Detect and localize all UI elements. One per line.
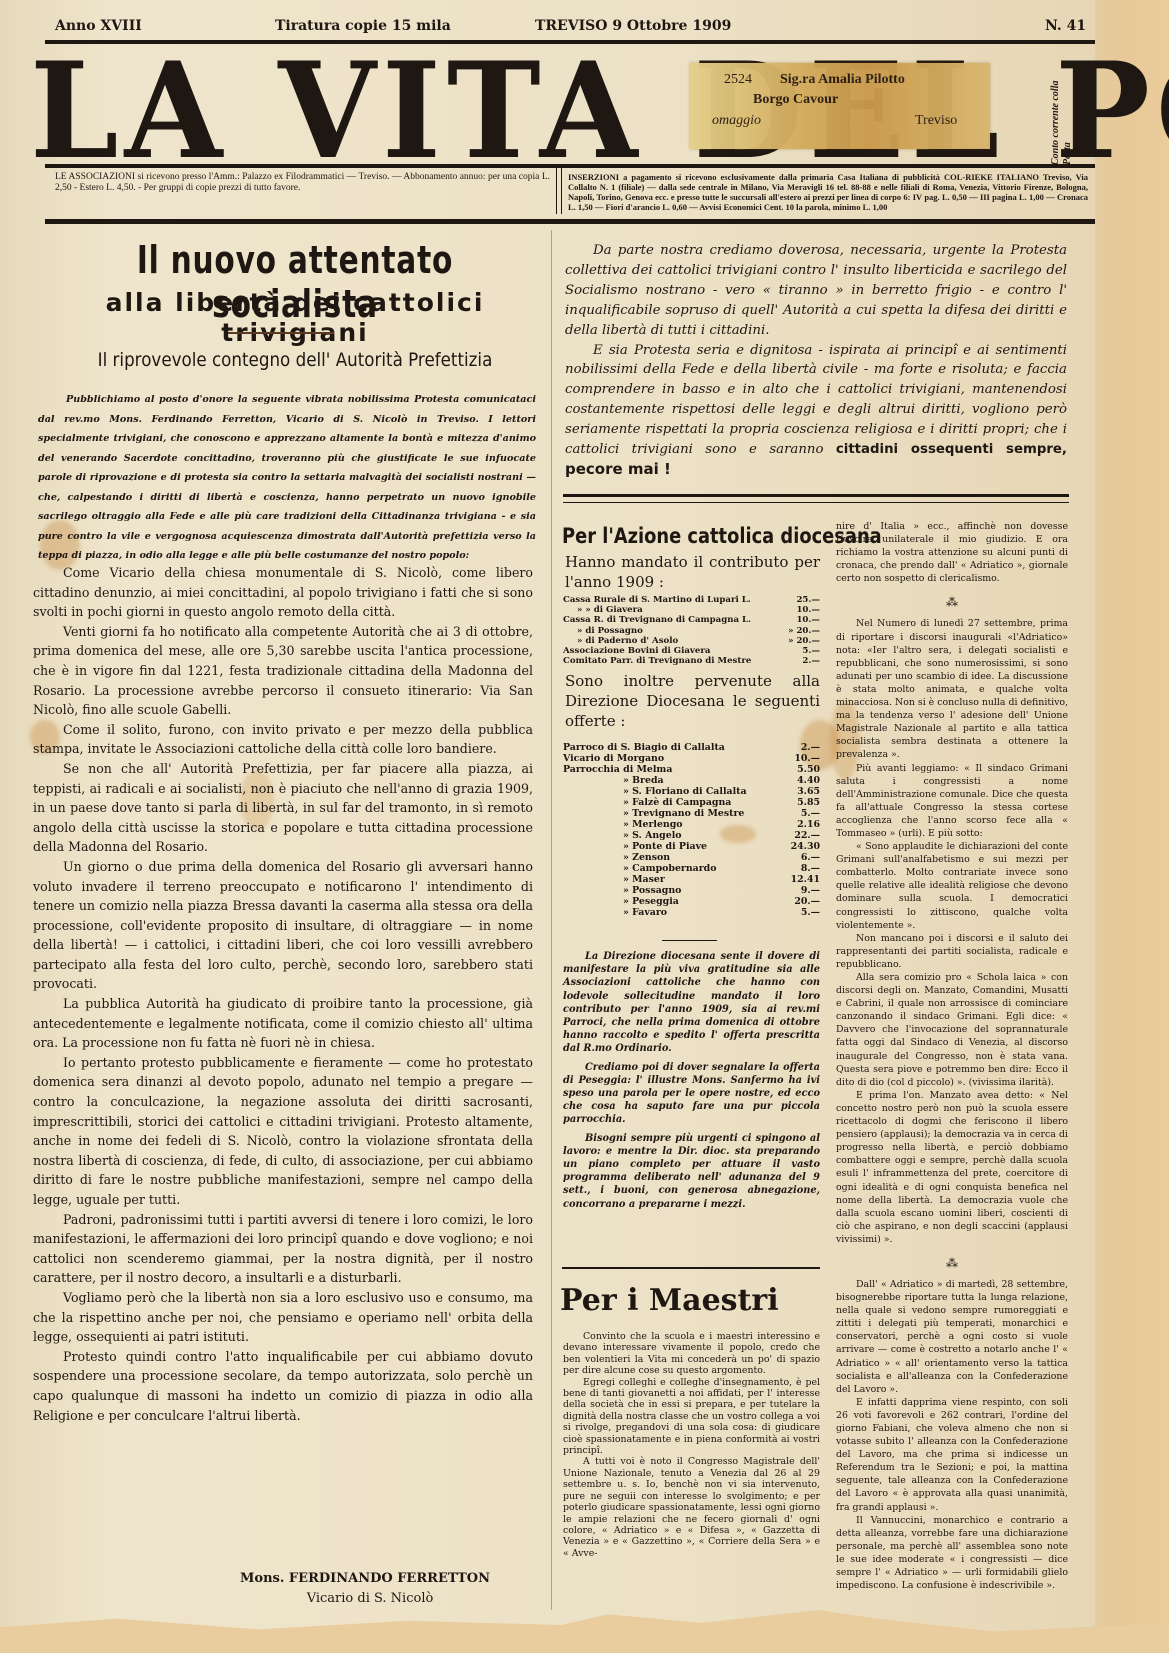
donation-amount: 2.— [802, 656, 820, 666]
donor-name: » S. Angelo [563, 830, 682, 841]
paragraph: Io pertanto protesto pubblicamente e fie… [33, 1053, 533, 1210]
donor-name: » Possagno [563, 885, 681, 896]
donation-amount: 2.— [801, 742, 820, 753]
paragraph: Come Vicario della chiesa monumentale di… [33, 563, 533, 622]
year-label: Anno XVIII [55, 18, 142, 34]
chronicle-paragraph: « Sono applaudite le dichiarazioni del c… [836, 840, 1068, 932]
place-date: TREVISO 9 Ottobre 1909 [535, 18, 731, 34]
donor-name: » Zenson [563, 852, 670, 863]
list-rule [662, 940, 717, 941]
donation-row: » Possagno9.— [563, 885, 820, 896]
donation-amount: 20.— [794, 896, 820, 907]
donation-amount: 10.— [796, 615, 820, 625]
editorial: Da parte nostra crediamo doverosa, neces… [565, 241, 1067, 481]
address-label: 2524 Sig.ra Amalia Pilotto Borgo Cavour … [690, 63, 990, 149]
donation-amount: 9.— [801, 885, 820, 896]
closing-plain: cittadini ossequenti sempre, [836, 442, 1067, 457]
editorial-paragraph: E sia Protesta seria e dignitosa - ispir… [565, 341, 1067, 481]
info-divider [556, 168, 562, 214]
donation-amount: 3.65 [797, 786, 820, 797]
donation-row: Comitato Parr. di Trevignano di Mestre2.… [563, 656, 820, 666]
donor-name: Cassa Rurale di S. Martino di Lupari L. [563, 595, 751, 605]
label-note: omaggio [712, 113, 761, 129]
chronicle-paragraph: Più avanti leggiamo: « Il sindaco Griman… [836, 762, 1068, 841]
postal-note: Conto corrente colla Posta [1050, 70, 1090, 165]
donation-amount: 24.30 [791, 841, 820, 852]
donation-amount: 5.50 [797, 764, 820, 775]
donation-amount: 10.— [794, 753, 820, 764]
maestri-paragraph: A tutti voi è noto il Congresso Magistra… [563, 1456, 820, 1559]
donation-row: » Maser12.41 [563, 874, 820, 885]
chronicle-paragraph: E prima l'on. Manzato avea detto: « Nel … [836, 1089, 1068, 1246]
paragraph: Vogliamo però che la libertà non sia a l… [33, 1288, 533, 1347]
paragraph: Padroni, padronissimi tutti i partiti av… [33, 1210, 533, 1288]
donation-row: Associazione Bovini di Giavera5.— [563, 646, 820, 656]
donor-name: » Maser [563, 874, 665, 885]
donation-row: » Peseggia20.— [563, 896, 820, 907]
section-rule [563, 494, 1069, 503]
note-paragraph: Bisogni sempre più urgenti ci spingono a… [563, 1132, 820, 1211]
donation-row: » Campobernardo8.— [563, 863, 820, 874]
label-city: Treviso [915, 113, 957, 129]
note-paragraph: Crediamo poi di dover segnalare la offer… [563, 1061, 820, 1127]
issue-number: N. 41 [1045, 18, 1086, 34]
donation-amount: 22.— [794, 830, 820, 841]
masthead-rule-mid [45, 164, 1095, 168]
donation-row: » di Paderno d' Asolo» 20.— [563, 636, 820, 646]
azione-lead-offerings: Sono inoltre pervenute alla Direzione Di… [565, 671, 820, 731]
maestri-paragraph: Convinto che la scuola e i maestri inter… [563, 1331, 820, 1377]
editorial-paragraph: Da parte nostra crediamo doverosa, neces… [565, 241, 1067, 341]
donor-name: Comitato Parr. di Trevignano di Mestre [563, 656, 751, 666]
asterism-divider: ⁂ [836, 593, 1068, 611]
donor-name: » Ponte di Piave [563, 841, 707, 852]
donation-row: » Favaro5.— [563, 907, 820, 918]
donor-name: » Trevignano di Mestre [563, 808, 744, 819]
donor-name: » di Paderno d' Asolo [563, 636, 678, 646]
donation-row: » Zenson6.— [563, 852, 820, 863]
column-divider [551, 230, 552, 1610]
donation-amount: 12.41 [791, 874, 820, 885]
donation-amount: 6.— [801, 852, 820, 863]
contributions-list: Cassa Rurale di S. Martino di Lupari L.2… [563, 595, 820, 666]
offerings-list: Parroco di S. Biagio di Callalta2.—Vicar… [563, 742, 820, 918]
donor-name: Parroco di S. Biagio di Callalta [563, 742, 725, 753]
section-heading: Il riprovevole contegno dell' Autorità P… [66, 348, 524, 372]
donation-row: » Breda4.40 [563, 775, 820, 786]
azione-notes: La Direzione diocesana sente il dovere d… [563, 950, 820, 1216]
donor-name: » Peseggia [563, 896, 679, 907]
circulation: Tiratura copie 15 mila [275, 18, 451, 34]
paragraph: La pubblica Autorità ha giudicato di pro… [33, 994, 533, 1053]
donation-amount: 10.— [796, 605, 820, 615]
label-street: Borgo Cavour [753, 92, 838, 108]
signature-role: Vicario di S. Nicolò [270, 1591, 470, 1606]
article-intro: Pubblichiamo al posto d'onore la seguent… [38, 390, 536, 566]
asterism-divider: ⁂ [836, 1254, 1068, 1272]
paragraph: Venti giorni fa ho notificato alla compe… [33, 622, 533, 720]
donation-row: » S. Floriano di Callalta3.65 [563, 786, 820, 797]
donor-name: » Falzè di Campagna [563, 797, 731, 808]
chronicle-paragraph: nire d' Italia » ecc., affinchè non dove… [836, 520, 1068, 585]
chronicle-paragraph: E infatti dapprima viene respinto, con s… [836, 1396, 1068, 1514]
donation-row: Parrocchia di Melma5.50 [563, 764, 820, 775]
maestri-rule [562, 1267, 820, 1269]
closing-bold: pecore mai ! [565, 460, 671, 478]
chronicle-paragraph: Il Vannuccini, monarchico e contrario a … [836, 1514, 1068, 1593]
article-body: Come Vicario della chiesa monumentale di… [33, 563, 533, 1425]
donor-name: » » di Giavera [563, 605, 643, 615]
donation-row: » di Possagno» 20.— [563, 626, 820, 636]
donor-name: Vicario di Morgano [563, 753, 664, 764]
azione-lead: Hanno mandato il contributo per l'anno 1… [565, 552, 820, 592]
maestri-paragraph: Egregi colleghi e colleghe d'insegnament… [563, 1377, 820, 1457]
donor-name: » di Possagno [563, 626, 643, 636]
editorial-text: E sia Protesta seria e dignitosa - ispir… [565, 343, 1067, 458]
chronicle-paragraph: Nel Numero di lunedì 27 settembre, prima… [836, 617, 1068, 761]
donation-amount: 5.— [801, 907, 820, 918]
maestri-article: Convinto che la scuola e i maestri inter… [563, 1331, 820, 1559]
donation-amount: 5.— [802, 646, 820, 656]
chronicle-paragraph: Non mancano poi i discorsi e il saluto d… [836, 932, 1068, 971]
donor-name: » Merlengo [563, 819, 683, 830]
donation-amount: 2.16 [797, 819, 820, 830]
note-paragraph: La Direzione diocesana sente il dovere d… [563, 950, 820, 1056]
paragraph: Se non che all' Autorità Prefettizia, pe… [33, 759, 533, 857]
paper-edge [1095, 0, 1169, 1653]
donation-amount: 8.— [801, 863, 820, 874]
paragraph: Come il solito, furono, con invito priva… [33, 720, 533, 759]
donor-name: Associazione Bovini di Giavera [563, 646, 710, 656]
label-code: 2524 [724, 72, 752, 88]
donation-amount: 4.40 [797, 775, 820, 786]
advertising-info: INSERZIONI a pagamento si ricevono esclu… [568, 172, 1088, 212]
maestri-title: Per i Maestri [560, 1283, 820, 1319]
masthead-rule-bottom [45, 219, 1095, 224]
donor-name: Cassa R. di Trevignano di Campagna L. [563, 615, 751, 625]
donation-row: » Ponte di Piave24.30 [563, 841, 820, 852]
azione-title: Per l'Azione cattolica diocesana [562, 522, 800, 550]
chronicle-column: nire d' Italia » ecc., affinchè non dove… [836, 520, 1068, 1592]
paragraph: Un giorno o due prima della domenica del… [33, 857, 533, 994]
chronicle-paragraph: Alla sera comizio pro « Schola laica » c… [836, 971, 1068, 1089]
donor-name: » Favaro [563, 907, 667, 918]
donor-name: Parrocchia di Melma [563, 764, 672, 775]
donation-amount: 25.— [796, 595, 820, 605]
signature: Mons. FERDINANDO FERRETTON [215, 1571, 515, 1586]
donation-row: » Merlengo2.16 [563, 819, 820, 830]
donation-row: » Trevignano di Mestre5.— [563, 808, 820, 819]
donation-row: Vicario di Morgano10.— [563, 753, 820, 764]
donation-row: » S. Angelo22.— [563, 830, 820, 841]
label-recipient: Sig.ra Amalia Pilotto [780, 72, 905, 88]
donation-amount: 5.— [801, 808, 820, 819]
donation-row: » Falzè di Campagna5.85 [563, 797, 820, 808]
donation-row: Cassa R. di Trevignano di Campagna L.10.… [563, 615, 820, 625]
donation-row: Cassa Rurale di S. Martino di Lupari L.2… [563, 595, 820, 605]
paragraph: Protesto quindi contro l'atto inqualific… [33, 1347, 533, 1425]
donor-name: » Breda [563, 775, 664, 786]
donor-name: » S. Floriano di Callalta [563, 786, 747, 797]
donation-row: Parroco di S. Biagio di Callalta2.— [563, 742, 820, 753]
chronicle-paragraph: Dall' « Adriatico » di martedì, 28 sette… [836, 1278, 1068, 1396]
donation-amount: » 20.— [788, 636, 820, 646]
subscription-info: LE ASSOCIAZIONI si ricevono presso l'Amm… [55, 172, 550, 194]
donation-amount: 5.85 [797, 797, 820, 808]
donation-row: » » di Giavera10.— [563, 605, 820, 615]
donor-name: » Campobernardo [563, 863, 717, 874]
main-subheadline: alla libertà dei cattolici trivigiani [35, 288, 555, 348]
donation-amount: » 20.— [788, 626, 820, 636]
headline-rule [228, 332, 334, 334]
